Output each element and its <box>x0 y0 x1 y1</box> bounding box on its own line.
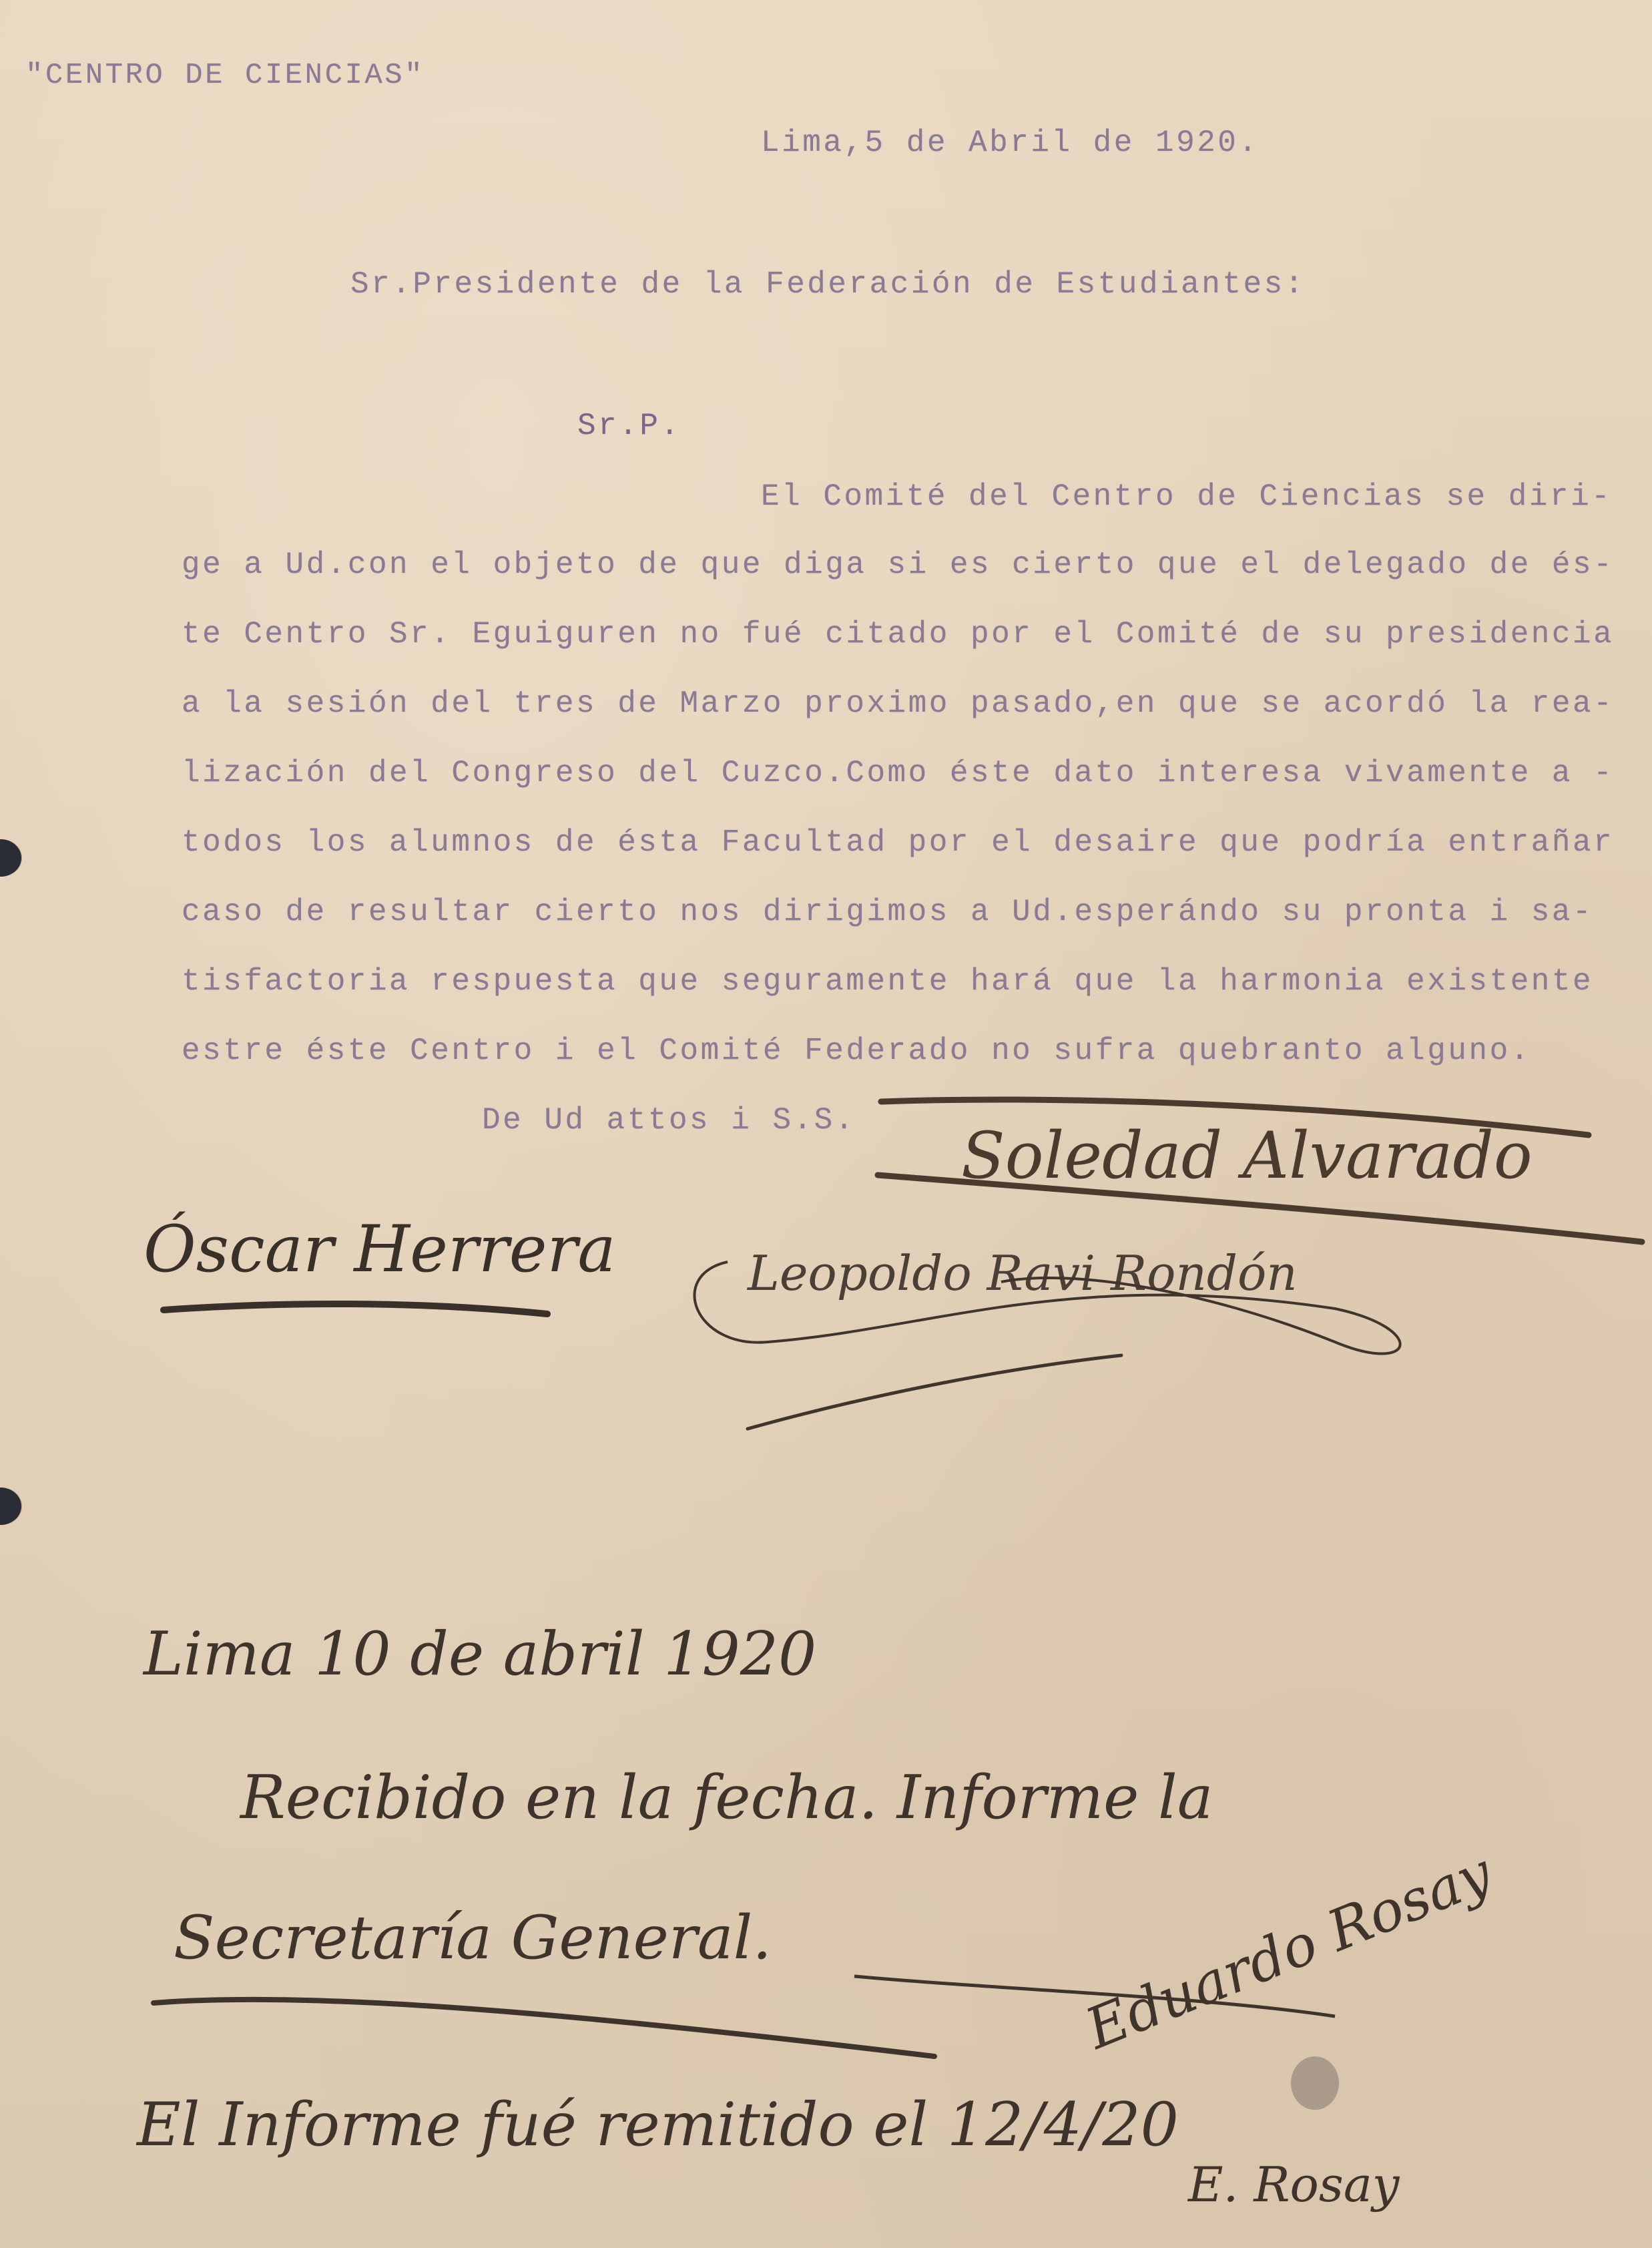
body-line: caso de resultar cierto nos dirigimos a … <box>182 895 1593 929</box>
closing: De Ud attos i S.S. <box>482 1103 856 1138</box>
body-line: todos los alumnos de ésta Facultad por e… <box>182 825 1614 860</box>
body-line: te Centro Sr. Eguiguren no fué citado po… <box>182 617 1614 652</box>
body-line: lización del Congreso del Cuzco.Como ést… <box>182 756 1614 791</box>
annotation-line-1: Recibido en la fecha. Informe la <box>240 1763 1213 1833</box>
signature-soledad-alvarado: Soledad Alvarado <box>961 1118 1533 1193</box>
salutation: Sr.P. <box>577 409 681 443</box>
body-line: tisfactoria respuesta que seguramente ha… <box>182 964 1593 999</box>
annotation-note: El Informe fué remitido el 12/4/20 <box>137 2090 1179 2160</box>
body-line: ge a Ud.con el objeto de que diga si es … <box>182 547 1614 582</box>
annotation-line-2: Secretaría General. <box>174 1903 772 1973</box>
annotation-date: Lima 10 de abril 1920 <box>144 1619 816 1689</box>
addressee: Sr.Presidente de la Federación de Estudi… <box>350 267 1306 302</box>
body-line: El Comité del Centro de Ciencias se diri… <box>761 479 1612 514</box>
signature-oscar-herrera: Óscar Herrera <box>144 1212 616 1287</box>
body-line: a la sesión del tres de Marzo proximo pa… <box>182 686 1614 721</box>
date-line: Lima,5 de Abril de 1920. <box>761 126 1260 160</box>
body-line: estre éste Centro i el Comité Federado n… <box>182 1034 1531 1068</box>
annotation-note-signature: E. Rosay <box>1188 2157 1399 2213</box>
letterhead: "CENTRO DE CIENCIAS" <box>25 59 425 92</box>
signature-leopoldo-rondon: Leopoldo Ravi Rondón <box>748 1245 1298 1301</box>
